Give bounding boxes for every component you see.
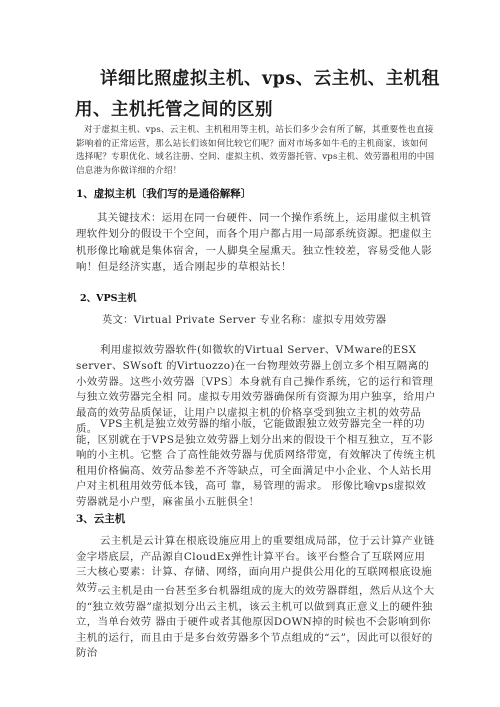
section-heading-vps: 2、VPS主机	[80, 290, 137, 304]
section-paragraph: 英文：Virtual Private Server 专业名称：虚拟专用效劳器	[76, 313, 436, 329]
section-paragraph: VPS主机是独立效劳器的缩小版，它能做跟独立效劳器完全一样的功能，区别就在于VP…	[76, 417, 436, 511]
section-heading-virtual-host: 1、虚拟主机〔我们写的是通俗解释〕	[76, 186, 251, 201]
section-heading-cloud-host: 3、云主机	[76, 511, 125, 526]
intro-paragraph: 对于虚拟主机、vps、云主机、主机租用等主机，站长们多少会有所了解，其重要性也直…	[76, 124, 436, 178]
section-paragraph: 其关键技术：运用在同一台硬件、同一个操作系统上，运用虚似主机管理软件划分的假设干…	[76, 210, 436, 276]
section-paragraph: 云主机是由一台甚至多台机器组成的庞大的效劳器群组，然后从这个大的“独立效劳器”虚…	[76, 584, 436, 662]
document-title: 详细比照虚拟主机、vps、云主机、主机租用、主机托管之间的区别	[75, 64, 455, 126]
document-page: 详细比照虚拟主机、vps、云主机、主机租用、主机托管之间的区别 对于虚拟主机、v…	[0, 0, 500, 707]
